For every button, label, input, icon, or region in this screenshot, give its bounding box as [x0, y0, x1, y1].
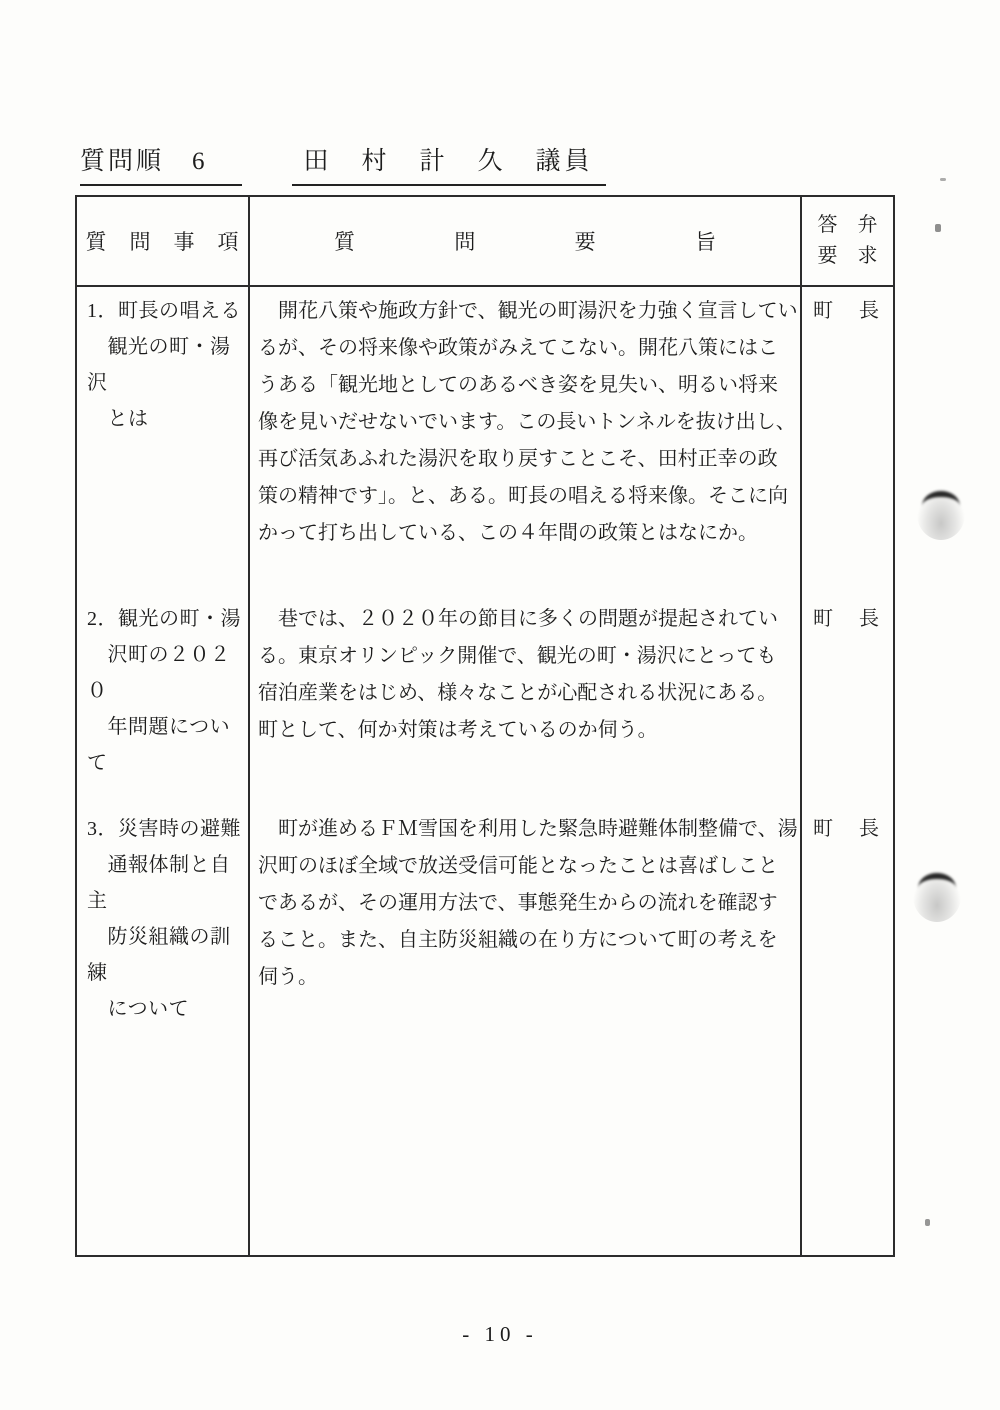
binding-hole-shadow-artifact — [913, 870, 961, 922]
table-row-3-item: 3．災害時の避難 通報体制と自主 防災組織の訓練 について — [77, 805, 250, 1255]
header-char-3: 要 — [575, 226, 596, 256]
page-number: - 10 - — [0, 1322, 1000, 1347]
question-table: 質 問 事 項 質 問 要 旨 答 弁 要 求 1．町長の唱える 観光の町・湯沢… — [75, 195, 895, 1257]
table-row-3-summary: 町が進めるＦＭ雪国を利用した緊急時避難体制整備で、湯 沢町のほぼ全域で放送受信可… — [250, 805, 800, 1255]
question-order-label: 質問順 6 — [80, 141, 242, 186]
header-char-2: 問 — [454, 226, 475, 256]
council-member-name: 田 村 計 久 議員 — [292, 141, 606, 186]
scan-speck-artifact — [925, 1219, 930, 1226]
table-row-2-summary: 巷では、２０２０年の節目に多くの問題が提起されてい る。東京オリンピック開催で、… — [250, 595, 800, 805]
column-header-answer-request: 答 弁 要 求 — [800, 197, 893, 287]
header-char-1: 質 — [334, 226, 355, 256]
table-row-1-summary: 開花八策や施政方針で、観光の町湯沢を力強く宣言してい るが、その将来像や政策がみ… — [250, 287, 800, 595]
scan-speck-artifact — [940, 178, 946, 181]
document-header: 質問順 6田 村 計 久 議員 — [80, 141, 606, 186]
scan-speck-artifact — [935, 224, 941, 232]
binding-hole-shadow-artifact — [917, 488, 965, 540]
table-row-3-answer: 町 長 — [800, 805, 893, 1255]
table-row-1-answer: 町 長 — [800, 287, 893, 595]
header-char-4: 旨 — [695, 226, 716, 256]
column-header-question-summary: 質 問 要 旨 — [250, 197, 800, 287]
table-row-2-answer: 町 長 — [800, 595, 893, 805]
scanned-document-page: 質問順 6田 村 計 久 議員 質 問 事 項 質 問 要 旨 答 弁 要 求 … — [0, 0, 1000, 1410]
table-row-2-item: 2．観光の町・湯 沢町の２０２０ 年問題について — [77, 595, 250, 805]
table-row-1-item: 1．町長の唱える 観光の町・湯沢 とは — [77, 287, 250, 595]
column-header-question-item: 質 問 事 項 — [77, 197, 250, 287]
